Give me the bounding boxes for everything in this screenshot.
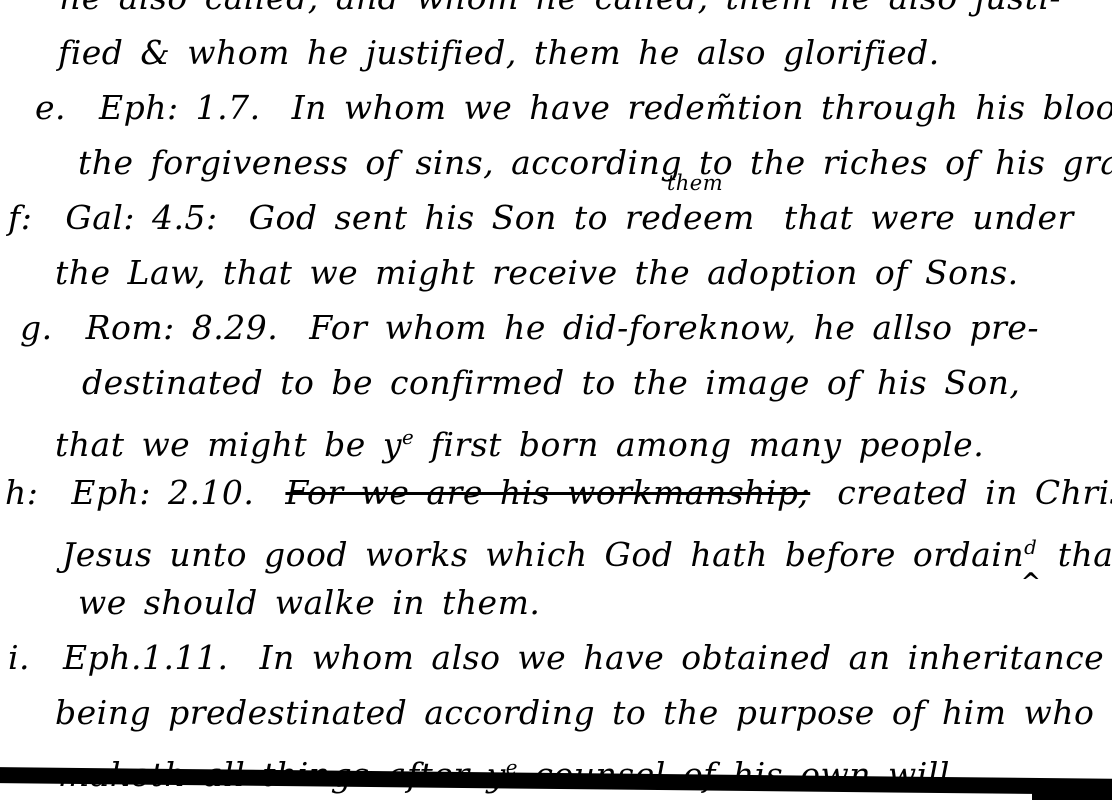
manuscript-line: being predestinated according to the pur… [0,685,1112,740]
item-label: i. [8,630,30,685]
manuscript-line: destinated to be confirmed to the image … [0,355,1112,410]
manuscript-line: the Law, that we might receive the adopt… [0,245,1112,300]
interlinear-insertion-anchor: them [755,219,767,229]
line-text: first born among many people. [431,425,985,464]
line-text: that were under [784,198,1074,237]
line-text: that [1058,535,1112,574]
scripture-reference: Eph: 2.10. [71,465,254,520]
caret-insertion-anchor: ^ [1037,556,1041,566]
manuscript-line: the forgiveness of sins, according to th… [0,135,1112,190]
line-text: destinated to be confirmed to the image … [82,363,1020,402]
line-text: created in Christ [837,473,1112,512]
item-label: f: [8,190,32,245]
item-label: g. [20,300,53,355]
manuscript-page: he also called, and whom he called, them… [0,0,1112,807]
manuscript-line: i. Eph.1.11. In whom also we have obtain… [0,630,1112,685]
manuscript-line: e. Eph: 1.7. In whom we have redem̃tion … [0,80,1112,135]
item-label: h: [5,465,38,520]
manuscript-line: fied & whom he justified, them he also g… [0,25,1112,80]
manuscript-line: we should walke in them. [0,575,1112,630]
manuscript-line: f: Gal: 4.5: God sent his Son to redeemt… [0,190,1112,245]
line-text: we should walke in them. [78,583,540,622]
scripture-reference: Gal: 4.5: [65,190,217,245]
line-text: being predestinated according to the pur… [55,693,1094,732]
interlinear-insertion: them [667,173,723,194]
line-text: God sent his Son to redeem [249,198,755,237]
scripture-reference: Eph: 1.7. [99,80,261,135]
line-text: the Law, that we might receive the adopt… [55,253,1019,292]
manuscript-line: he also called, and whom he called, them… [0,0,1112,25]
line-text: the forgiveness of sins, according to th… [78,143,1112,182]
superscript-letter: e [402,426,414,449]
manuscript-line: that we might be ye first born among man… [0,410,1112,465]
line-text: For whom he did-foreknow, he allso pre- [309,308,1039,347]
scripture-reference: Eph.1.11. [63,630,228,685]
line-text: fied & whom he justified, them he also g… [58,33,940,72]
line-text: Jesus unto good works which God hath bef… [62,535,1024,574]
manuscript-line: g. Rom: 8.29. For whom he did-foreknow, … [0,300,1112,355]
scan-edge-bar-corner [1032,786,1112,800]
item-label: e. [35,80,66,135]
superscript-letter: d [1024,536,1037,559]
struck-through-text: For we are his workmanship; [285,473,810,512]
scripture-reference: Rom: 8.29. [86,300,279,355]
line-text: he also called, and whom he called, them… [60,0,1061,17]
caret-mark: ^ [1021,570,1042,594]
line-text: In whom also we have obtained an inherit… [259,638,1104,677]
line-text: that we might be y [55,425,402,464]
manuscript-line: h: Eph: 2.10. For we are his workmanship… [0,465,1112,520]
line-text: In whom we have redem̃tion through his b… [292,88,1112,127]
manuscript-line: Jesus unto good works which God hath bef… [0,520,1112,575]
